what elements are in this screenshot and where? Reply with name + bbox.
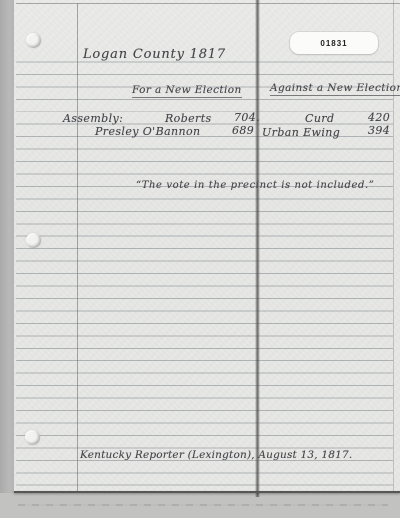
page-title: Logan County 1817 [83, 47, 226, 62]
top-ruled-line [16, 3, 400, 4]
row2-for-candidate: Presley O'Bannon [95, 125, 201, 138]
row2-for-votes: 689 [232, 124, 254, 137]
source-citation: Kentucky Reporter (Lexington), August 13… [80, 449, 352, 461]
column-header-against: Against a New Election [270, 82, 400, 96]
row1-for-votes: 704. [234, 111, 260, 124]
archive-label-sticker: 01831 [290, 32, 378, 54]
office-label: Assembly: [63, 112, 123, 125]
scanned-document: 01831 Logan County 1817 For a New Electi… [0, 0, 400, 518]
notebook-paper: 01831 Logan County 1817 For a New Electi… [14, 0, 400, 492]
precinct-note: “The vote in the precinct is not include… [136, 180, 374, 191]
column-header-for: For a New Election [132, 84, 242, 98]
row2-against-candidate: Urban Ewing [262, 126, 340, 139]
hole-punch-top [26, 33, 41, 48]
row1-for-candidate: Roberts [165, 112, 212, 125]
scanner-background-left [0, 0, 15, 500]
row2-against-votes: 394 [368, 124, 390, 137]
row1-against-votes: 420 [368, 111, 390, 124]
right-margin-line [393, 0, 394, 492]
archive-label-number: 01831 [320, 39, 347, 48]
row1-against-candidate: Curd [305, 112, 334, 125]
margin-line [77, 3, 78, 491]
hole-punch-middle [26, 233, 41, 248]
hole-punch-bottom [25, 430, 40, 445]
paper-bottom-edge [14, 491, 400, 493]
under-sheet-shadow [18, 504, 388, 506]
fold-crease [255, 0, 260, 497]
